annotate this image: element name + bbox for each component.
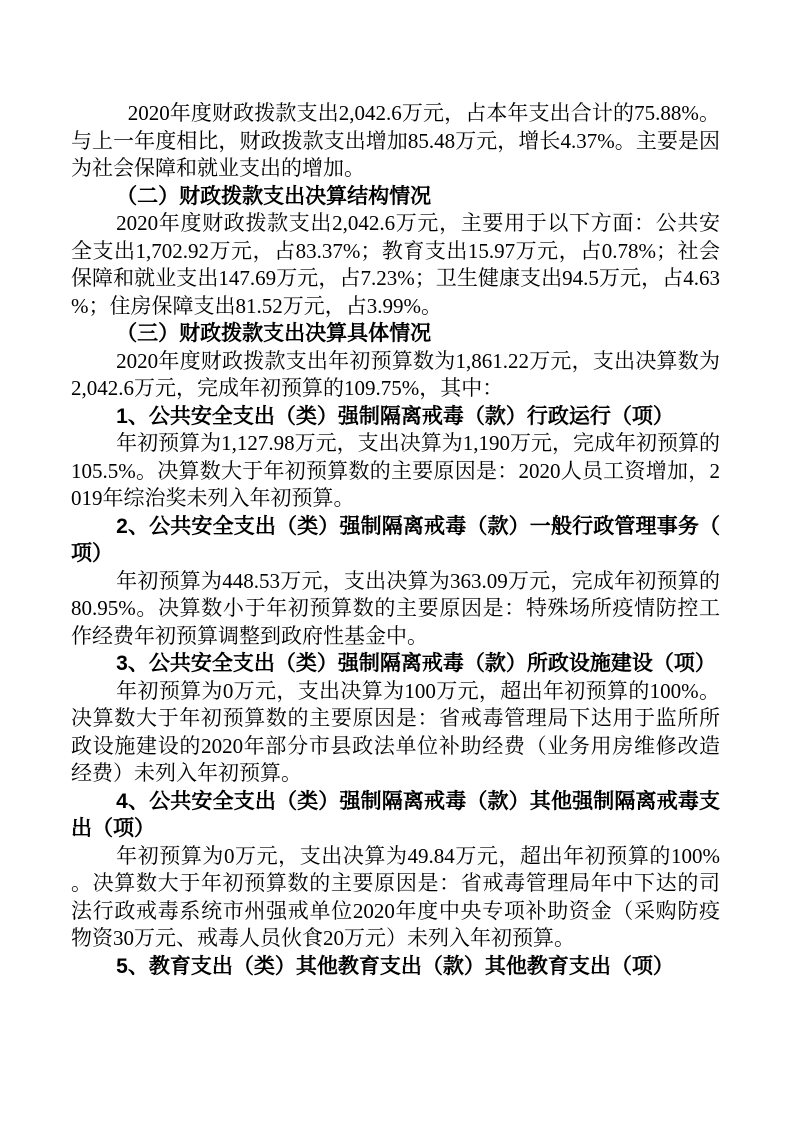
paragraph-item-4-detail: 年初预算为0万元，支出决算为49.84万元，超出年初预算的100%。决算数大于年… <box>71 843 720 953</box>
paragraph-expenditure-structure: 2020年度财政拨款支出2,042.6万元，主要用于以下方面：公共安全支出1,7… <box>71 210 720 320</box>
paragraph-expenditure-details-intro: 2020年度财政拨款支出年初预算数为1,861.22万元，支出决算数为2,042… <box>71 348 720 403</box>
section-heading-expenditure-details: （三）财政拨款支出决算具体情况 <box>71 320 720 348</box>
paragraph-item-2-detail: 年初预算为448.53万元，支出决算为363.09万元，完成年初预算的80.95… <box>71 568 720 651</box>
paragraph-fiscal-expenditure-summary: 2020年度财政拨款支出2,042.6万元，占本年支出合计的75.88%。与上一… <box>71 100 720 183</box>
item-heading-3-facility-construction: 3、公共安全支出（类）强制隔离戒毒（款）所政设施建设（项） <box>71 650 720 678</box>
document-body: 2020年度财政拨款支出2,042.6万元，占本年支出合计的75.88%。与上一… <box>71 100 720 980</box>
paragraph-item-3-detail: 年初预算为0万元，支出决算为100万元，超出年初预算的100%。决算数大于年初预… <box>71 678 720 788</box>
item-heading-5-other-education-expenditure: 5、教育支出（类）其他教育支出（款）其他教育支出（项） <box>71 953 720 981</box>
item-heading-4-other-compulsory-drug-rehab: 4、公共安全支出（类）强制隔离戒毒（款）其他强制隔离戒毒支出（项） <box>71 788 720 843</box>
section-heading-expenditure-structure: （二）财政拨款支出决算结构情况 <box>71 183 720 211</box>
document-page: 2020年度财政拨款支出2,042.6万元，占本年支出合计的75.88%。与上一… <box>0 0 793 1122</box>
item-heading-1-administrative-operation: 1、公共安全支出（类）强制隔离戒毒（款）行政运行（项） <box>71 403 720 431</box>
paragraph-item-1-detail: 年初预算为1,127.98万元，支出决算为1,190万元，完成年初预算的105.… <box>71 430 720 513</box>
item-heading-2-general-administrative-affairs: 2、公共安全支出（类）强制隔离戒毒（款）一般行政管理事务（项） <box>71 513 720 568</box>
